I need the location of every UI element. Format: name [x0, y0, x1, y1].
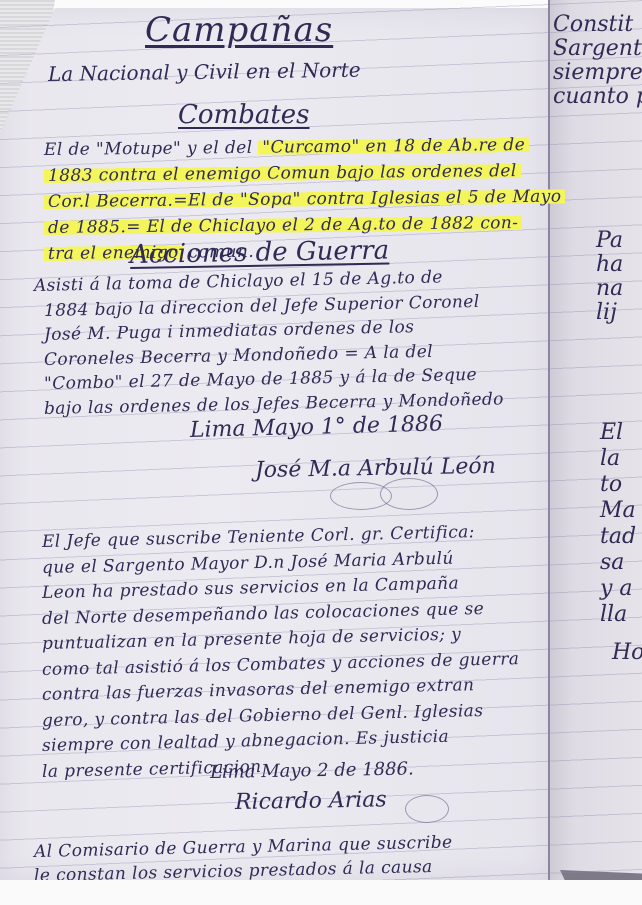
adjacent-page-line: lij: [596, 300, 617, 325]
highlighted-text: "Curcamo" en 18 de Ab.re de: [258, 135, 529, 158]
certification-date: Lima Mayo 2 de 1886.: [210, 758, 414, 783]
adjacent-page-line: ha: [596, 252, 623, 277]
adjacent-page-line: tad: [600, 524, 636, 549]
adjacent-page-line: siempre: [553, 60, 642, 85]
acciones-signature: José M.a Arbulú León: [255, 454, 496, 483]
signature-flourish: [380, 478, 438, 510]
scan-margin: [0, 880, 642, 905]
document-title: Campañas: [145, 10, 333, 50]
adjacent-page-line: la: [600, 446, 620, 471]
adjacent-page-line: Ma: [600, 498, 636, 523]
adjacent-page-line: to: [600, 472, 622, 497]
adjacent-page-line: Pa: [596, 228, 623, 253]
scanned-manuscript: Campañas La Nacional y Civil en el Norte…: [0, 0, 642, 905]
adjacent-page-line: Ho: [612, 640, 642, 665]
adjacent-page-line: Constit: [553, 12, 633, 37]
combates-heading: Combates: [178, 100, 310, 130]
adjacent-page-line: sa: [600, 550, 624, 575]
adjacent-page-line: El: [600, 420, 623, 445]
acciones-heading: Acciones de Guerra: [130, 235, 390, 270]
adjacent-page-line: Sargent: [553, 36, 642, 61]
document-subtitle: La Nacional y Civil en el Norte: [48, 58, 361, 86]
text-segment: El de "Motupe" y el del: [44, 138, 259, 160]
certification-signature: Ricardo Arias: [235, 787, 387, 815]
signature-flourish: [405, 795, 449, 823]
adjacent-page-line: y a: [600, 576, 633, 601]
adjacent-page-line: cuanto p: [553, 84, 642, 109]
adjacent-page: [548, 0, 642, 880]
adjacent-page-line: na: [596, 276, 623, 301]
adjacent-page-line: lla: [600, 602, 627, 627]
